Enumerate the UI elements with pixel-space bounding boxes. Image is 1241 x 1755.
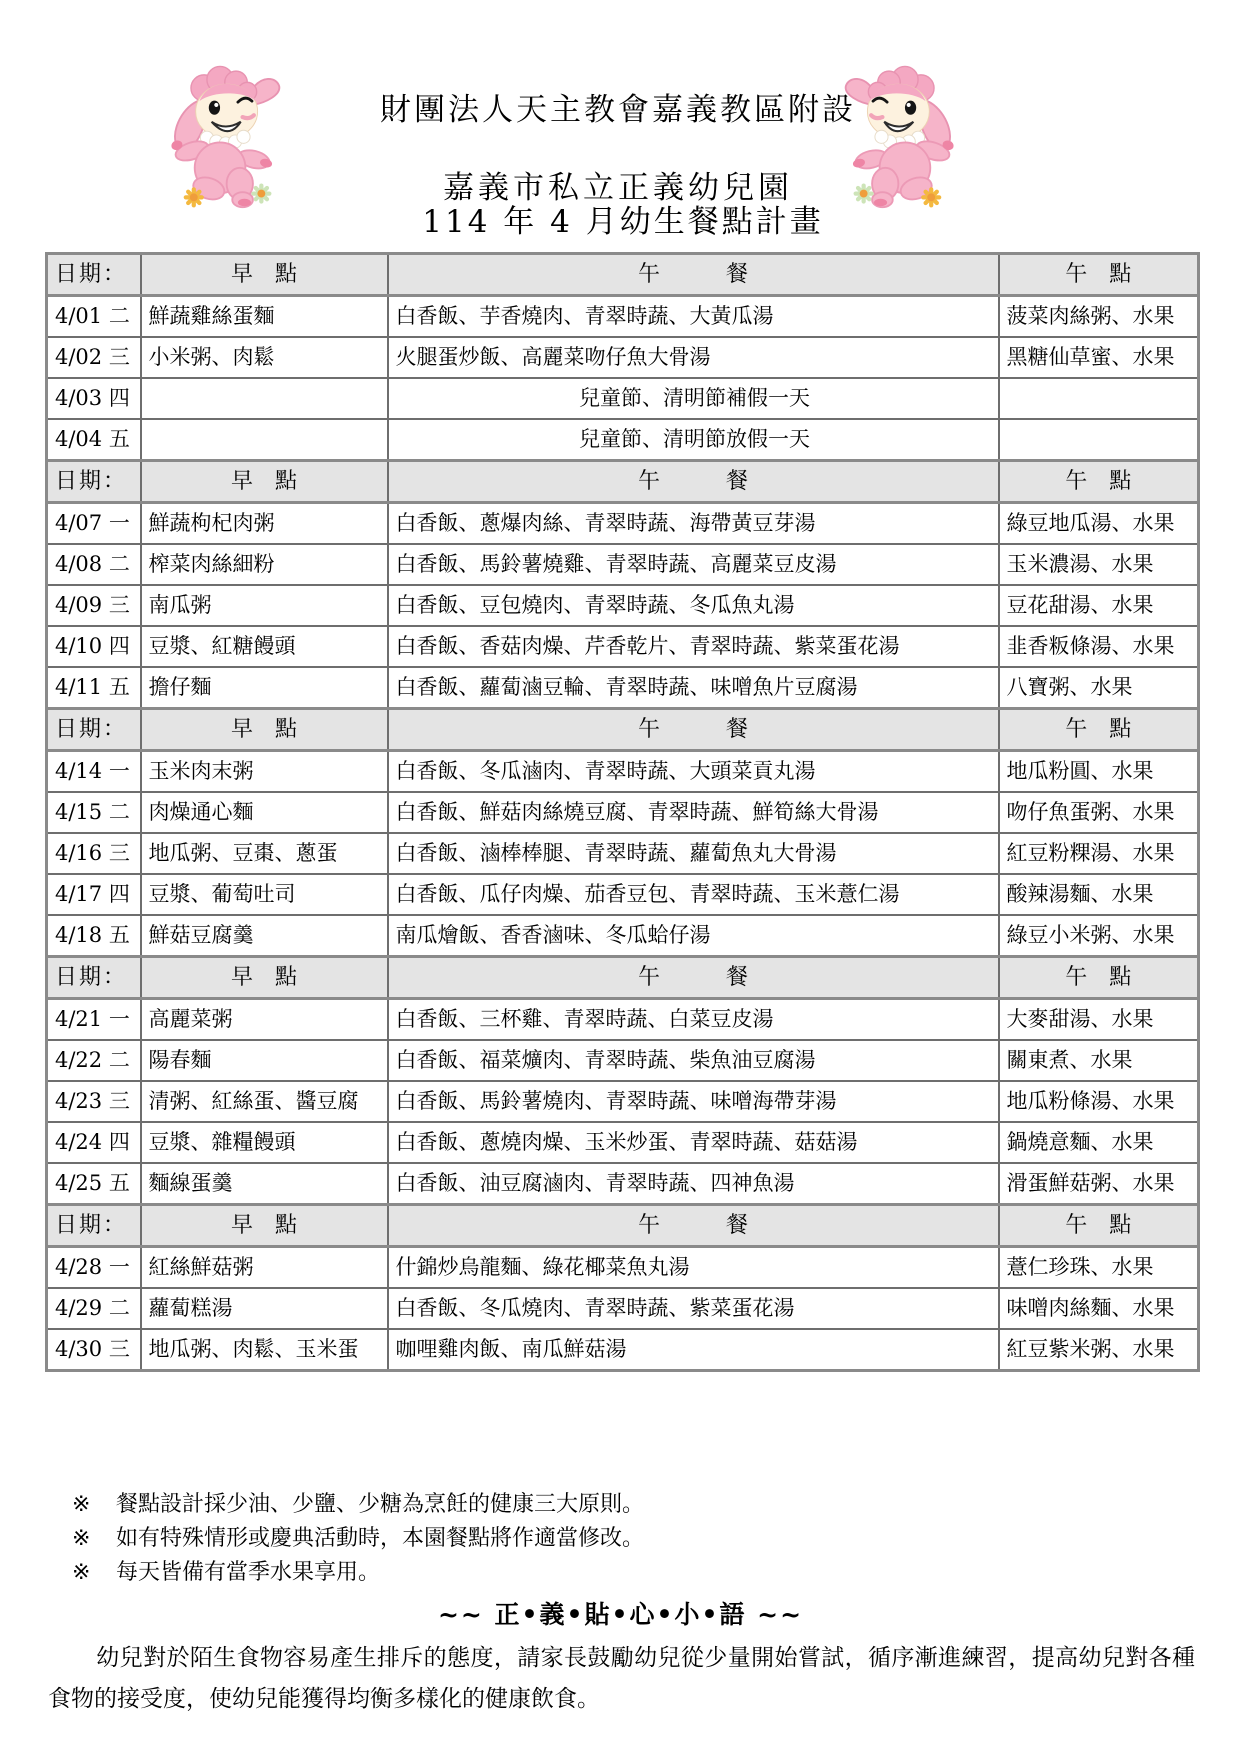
document-page: 財團法人天主教會嘉義教區附設 嘉義市私立正義幼兒園 114 年 4 月幼生餐點計… [0, 0, 1241, 1755]
document-header: 財團法人天主教會嘉義教區附設 嘉義市私立正義幼兒園 114 年 4 月幼生餐點計… [0, 0, 1241, 250]
breakfast-cell: 南瓜粥 [141, 585, 388, 626]
date-column-header: 日期： [47, 461, 141, 503]
date-cell: 4/11 五 [47, 667, 141, 709]
snack-cell: 地瓜粉圓、水果 [999, 751, 1199, 793]
lunch-column-header: 午 餐 [388, 1205, 999, 1247]
snack-column-header: 午 點 [999, 709, 1199, 751]
meal-row: 4/11 五擔仔麵白香飯、蘿蔔滷豆輪、青翠時蔬、味噌魚片豆腐湯八寶粥、水果 [47, 667, 1199, 709]
column-header-row: 日期：早 點午 餐午 點 [47, 957, 1199, 999]
snack-cell: 韭香粄條湯、水果 [999, 626, 1199, 667]
breakfast-cell: 肉燥通心麵 [141, 792, 388, 833]
breakfast-cell [141, 419, 388, 461]
breakfast-cell: 鮮菇豆腐羹 [141, 915, 388, 957]
lamb-mascot-icon [843, 50, 965, 218]
snack-cell: 綠豆小米粥、水果 [999, 915, 1199, 957]
column-header-row: 日期：早 點午 餐午 點 [47, 1205, 1199, 1247]
breakfast-cell: 鮮蔬雞絲蛋麵 [141, 296, 388, 338]
breakfast-cell: 豆漿、雜糧饅頭 [141, 1122, 388, 1163]
snack-column-header: 午 點 [999, 254, 1199, 296]
lunch-cell: 白香飯、三杯雞、青翠時蔬、白菜豆皮湯 [388, 999, 999, 1041]
breakfast-column-header: 早 點 [141, 461, 388, 503]
date-cell: 4/30 三 [47, 1329, 141, 1371]
breakfast-column-header: 早 點 [141, 1205, 388, 1247]
snack-cell: 關東煮、水果 [999, 1040, 1199, 1081]
breakfast-cell: 蘿蔔糕湯 [141, 1288, 388, 1329]
meal-row: 4/25 五麵線蛋羹白香飯、油豆腐滷肉、青翠時蔬、四神魚湯滑蛋鮮菇粥、水果 [47, 1163, 1199, 1205]
note-text: 餐點設計採少油、少鹽、少糖為烹飪的健康三大原則。 [116, 1488, 644, 1522]
meal-row: 4/28 一紅絲鮮菇粥什錦炒烏龍麵、綠花椰菜魚丸湯薏仁珍珠、水果 [47, 1247, 1199, 1289]
snack-cell: 綠豆地瓜湯、水果 [999, 503, 1199, 545]
meal-row: 4/21 一高麗菜粥白香飯、三杯雞、青翠時蔬、白菜豆皮湯大麥甜湯、水果 [47, 999, 1199, 1041]
meal-row: 4/24 四豆漿、雜糧饅頭白香飯、蔥燒肉燥、玉米炒蛋、青翠時蔬、菇菇湯鍋燒意麵、… [47, 1122, 1199, 1163]
column-header-row: 日期：早 點午 餐午 點 [47, 709, 1199, 751]
lunch-cell: 咖哩雞肉飯、南瓜鮮菇湯 [388, 1329, 999, 1371]
lamb-mascot-icon [160, 50, 282, 218]
snack-cell: 菠菜肉絲粥、水果 [999, 296, 1199, 338]
holiday-cell: 兒童節、清明節放假一天 [388, 419, 999, 461]
snack-cell: 玉米濃湯、水果 [999, 544, 1199, 585]
snack-cell: 紅豆紫米粥、水果 [999, 1329, 1199, 1371]
lamb-mascot-left [160, 50, 282, 218]
meal-plan-table: 日期：早 點午 餐午 點4/01 二鮮蔬雞絲蛋麵白香飯、芋香燒肉、青翠時蔬、大黃… [45, 252, 1200, 1372]
snack-cell: 地瓜粉條湯、水果 [999, 1081, 1199, 1122]
note-text: 如有特殊情形或慶典活動時，本園餐點將作適當修改。 [116, 1522, 644, 1556]
breakfast-cell: 鮮蔬枸杞肉粥 [141, 503, 388, 545]
breakfast-cell: 高麗菜粥 [141, 999, 388, 1041]
breakfast-cell: 清粥、紅絲蛋、醬豆腐 [141, 1081, 388, 1122]
meal-row: 4/08 二榨菜肉絲細粉白香飯、馬鈴薯燒雞、青翠時蔬、高麗菜豆皮湯玉米濃湯、水果 [47, 544, 1199, 585]
snack-cell: 豆花甜湯、水果 [999, 585, 1199, 626]
breakfast-cell: 榨菜肉絲細粉 [141, 544, 388, 585]
lunch-column-header: 午 餐 [388, 957, 999, 999]
breakfast-cell: 陽春麵 [141, 1040, 388, 1081]
breakfast-cell: 小米粥、肉鬆 [141, 337, 388, 378]
note-item: ※每天皆備有當季水果享用。 [72, 1556, 1191, 1590]
date-cell: 4/28 一 [47, 1247, 141, 1289]
snack-cell: 鍋燒意麵、水果 [999, 1122, 1199, 1163]
breakfast-cell: 玉米肉末粥 [141, 751, 388, 793]
meal-row: 4/02 三小米粥、肉鬆火腿蛋炒飯、高麗菜吻仔魚大骨湯黑糖仙草蜜、水果 [47, 337, 1199, 378]
meal-row: 4/15 二肉燥通心麵白香飯、鮮菇肉絲燒豆腐、青翠時蔬、鮮筍絲大骨湯吻仔魚蛋粥、… [47, 792, 1199, 833]
meal-row: 4/29 二蘿蔔糕湯白香飯、冬瓜燒肉、青翠時蔬、紫菜蛋花湯味噌肉絲麵、水果 [47, 1288, 1199, 1329]
snack-cell [999, 419, 1199, 461]
breakfast-cell [141, 378, 388, 419]
breakfast-cell: 豆漿、紅糖饅頭 [141, 626, 388, 667]
meal-row: 4/09 三南瓜粥白香飯、豆包燒肉、青翠時蔬、冬瓜魚丸湯豆花甜湯、水果 [47, 585, 1199, 626]
lunch-cell: 白香飯、冬瓜燒肉、青翠時蔬、紫菜蛋花湯 [388, 1288, 999, 1329]
lamb-mascot-right [843, 50, 965, 218]
date-cell: 4/15 二 [47, 792, 141, 833]
lunch-cell: 白香飯、瓜仔肉燥、茄香豆包、青翠時蔬、玉米薏仁湯 [388, 874, 999, 915]
meal-row: 4/07 一鮮蔬枸杞肉粥白香飯、蔥爆肉絲、青翠時蔬、海帶黃豆芽湯綠豆地瓜湯、水果 [47, 503, 1199, 545]
meal-row: 4/10 四豆漿、紅糖饅頭白香飯、香菇肉燥、芹香乾片、青翠時蔬、紫菜蛋花湯韭香粄… [47, 626, 1199, 667]
date-cell: 4/17 四 [47, 874, 141, 915]
reference-mark: ※ [72, 1556, 116, 1590]
holiday-cell: 兒童節、清明節補假一天 [388, 378, 999, 419]
holiday-row: 4/04 五兒童節、清明節放假一天 [47, 419, 1199, 461]
date-cell: 4/25 五 [47, 1163, 141, 1205]
meal-row: 4/30 三地瓜粥、肉鬆、玉米蛋咖哩雞肉飯、南瓜鮮菇湯紅豆紫米粥、水果 [47, 1329, 1199, 1371]
date-column-header: 日期： [47, 1205, 141, 1247]
lunch-column-header: 午 餐 [388, 709, 999, 751]
date-cell: 4/24 四 [47, 1122, 141, 1163]
date-cell: 4/10 四 [47, 626, 141, 667]
lunch-cell: 白香飯、香菇肉燥、芹香乾片、青翠時蔬、紫菜蛋花湯 [388, 626, 999, 667]
breakfast-cell: 擔仔麵 [141, 667, 388, 709]
date-cell: 4/21 一 [47, 999, 141, 1041]
reference-mark: ※ [72, 1522, 116, 1556]
lunch-cell: 白香飯、馬鈴薯燒肉、青翠時蔬、味噌海帶芽湯 [388, 1081, 999, 1122]
snack-cell: 酸辣湯麵、水果 [999, 874, 1199, 915]
heart-message-title: ~~ 正•義•貼•心•小•語 ~~ [0, 1595, 1241, 1631]
snack-cell: 味噌肉絲麵、水果 [999, 1288, 1199, 1329]
date-cell: 4/02 三 [47, 337, 141, 378]
breakfast-column-header: 早 點 [141, 957, 388, 999]
lunch-cell: 白香飯、芋香燒肉、青翠時蔬、大黃瓜湯 [388, 296, 999, 338]
meal-row: 4/16 三地瓜粥、豆棗、蔥蛋白香飯、滷棒棒腿、青翠時蔬、蘿蔔魚丸大骨湯紅豆粉粿… [47, 833, 1199, 874]
date-column-header: 日期： [47, 709, 141, 751]
date-cell: 4/14 一 [47, 751, 141, 793]
date-cell: 4/07 一 [47, 503, 141, 545]
date-cell: 4/16 三 [47, 833, 141, 874]
snack-cell: 八寶粥、水果 [999, 667, 1199, 709]
snack-cell: 大麥甜湯、水果 [999, 999, 1199, 1041]
snack-cell: 滑蛋鮮菇粥、水果 [999, 1163, 1199, 1205]
breakfast-cell: 地瓜粥、肉鬆、玉米蛋 [141, 1329, 388, 1371]
breakfast-cell: 地瓜粥、豆棗、蔥蛋 [141, 833, 388, 874]
date-cell: 4/23 三 [47, 1081, 141, 1122]
breakfast-cell: 豆漿、葡萄吐司 [141, 874, 388, 915]
lunch-cell: 白香飯、蔥爆肉絲、青翠時蔬、海帶黃豆芽湯 [388, 503, 999, 545]
date-column-header: 日期： [47, 254, 141, 296]
breakfast-column-header: 早 點 [141, 709, 388, 751]
date-cell: 4/03 四 [47, 378, 141, 419]
meal-row: 4/23 三清粥、紅絲蛋、醬豆腐白香飯、馬鈴薯燒肉、青翠時蔬、味噌海帶芽湯地瓜粉… [47, 1081, 1199, 1122]
snack-cell: 薏仁珍珠、水果 [999, 1247, 1199, 1289]
date-cell: 4/09 三 [47, 585, 141, 626]
closing-paragraph: 幼兒對於陌生食物容易產生排斥的態度，請家長鼓勵幼兒從少量開始嘗試，循序漸進練習，… [48, 1638, 1195, 1720]
lunch-column-header: 午 餐 [388, 461, 999, 503]
lunch-cell: 白香飯、冬瓜滷肉、青翠時蔬、大頭菜貢丸湯 [388, 751, 999, 793]
lunch-cell: 火腿蛋炒飯、高麗菜吻仔魚大骨湯 [388, 337, 999, 378]
snack-cell: 紅豆粉粿湯、水果 [999, 833, 1199, 874]
snack-column-header: 午 點 [999, 957, 1199, 999]
note-item: ※餐點設計採少油、少鹽、少糖為烹飪的健康三大原則。 [72, 1488, 1191, 1522]
date-cell: 4/04 五 [47, 419, 141, 461]
lunch-cell: 南瓜燴飯、香香滷味、冬瓜蛤仔湯 [388, 915, 999, 957]
snack-column-header: 午 點 [999, 1205, 1199, 1247]
snack-cell [999, 378, 1199, 419]
snack-cell: 吻仔魚蛋粥、水果 [999, 792, 1199, 833]
lunch-cell: 白香飯、蔥燒肉燥、玉米炒蛋、青翠時蔬、菇菇湯 [388, 1122, 999, 1163]
meal-row: 4/17 四豆漿、葡萄吐司白香飯、瓜仔肉燥、茄香豆包、青翠時蔬、玉米薏仁湯酸辣湯… [47, 874, 1199, 915]
lunch-cell: 白香飯、滷棒棒腿、青翠時蔬、蘿蔔魚丸大骨湯 [388, 833, 999, 874]
lunch-cell: 白香飯、馬鈴薯燒雞、青翠時蔬、高麗菜豆皮湯 [388, 544, 999, 585]
lunch-cell: 白香飯、油豆腐滷肉、青翠時蔬、四神魚湯 [388, 1163, 999, 1205]
breakfast-column-header: 早 點 [141, 254, 388, 296]
date-cell: 4/22 二 [47, 1040, 141, 1081]
lunch-cell: 白香飯、鮮菇肉絲燒豆腐、青翠時蔬、鮮筍絲大骨湯 [388, 792, 999, 833]
snack-cell: 黑糖仙草蜜、水果 [999, 337, 1199, 378]
date-cell: 4/08 二 [47, 544, 141, 585]
notes-list: ※餐點設計採少油、少鹽、少糖為烹飪的健康三大原則。※如有特殊情形或慶典活動時，本… [72, 1488, 1191, 1590]
snack-column-header: 午 點 [999, 461, 1199, 503]
meal-row: 4/18 五鮮菇豆腐羹南瓜燴飯、香香滷味、冬瓜蛤仔湯綠豆小米粥、水果 [47, 915, 1199, 957]
holiday-row: 4/03 四兒童節、清明節補假一天 [47, 378, 1199, 419]
meal-row: 4/01 二鮮蔬雞絲蛋麵白香飯、芋香燒肉、青翠時蔬、大黃瓜湯菠菜肉絲粥、水果 [47, 296, 1199, 338]
lunch-cell: 白香飯、蘿蔔滷豆輪、青翠時蔬、味噌魚片豆腐湯 [388, 667, 999, 709]
date-cell: 4/18 五 [47, 915, 141, 957]
lunch-cell: 白香飯、豆包燒肉、青翠時蔬、冬瓜魚丸湯 [388, 585, 999, 626]
breakfast-cell: 紅絲鮮菇粥 [141, 1247, 388, 1289]
breakfast-cell: 麵線蛋羹 [141, 1163, 388, 1205]
date-cell: 4/29 二 [47, 1288, 141, 1329]
meal-row: 4/14 一玉米肉末粥白香飯、冬瓜滷肉、青翠時蔬、大頭菜貢丸湯地瓜粉圓、水果 [47, 751, 1199, 793]
note-text: 每天皆備有當季水果享用。 [116, 1556, 380, 1590]
date-cell: 4/01 二 [47, 296, 141, 338]
column-header-row: 日期：早 點午 餐午 點 [47, 254, 1199, 296]
lunch-cell: 白香飯、福菜爌肉、青翠時蔬、柴魚油豆腐湯 [388, 1040, 999, 1081]
meal-row: 4/22 二陽春麵白香飯、福菜爌肉、青翠時蔬、柴魚油豆腐湯關東煮、水果 [47, 1040, 1199, 1081]
reference-mark: ※ [72, 1488, 116, 1522]
date-column-header: 日期： [47, 957, 141, 999]
note-item: ※如有特殊情形或慶典活動時，本園餐點將作適當修改。 [72, 1522, 1191, 1556]
plan-title: 114 年 4 月幼生餐點計畫 [45, 196, 1201, 241]
lunch-column-header: 午 餐 [388, 254, 999, 296]
column-header-row: 日期：早 點午 餐午 點 [47, 461, 1199, 503]
lunch-cell: 什錦炒烏龍麵、綠花椰菜魚丸湯 [388, 1247, 999, 1289]
